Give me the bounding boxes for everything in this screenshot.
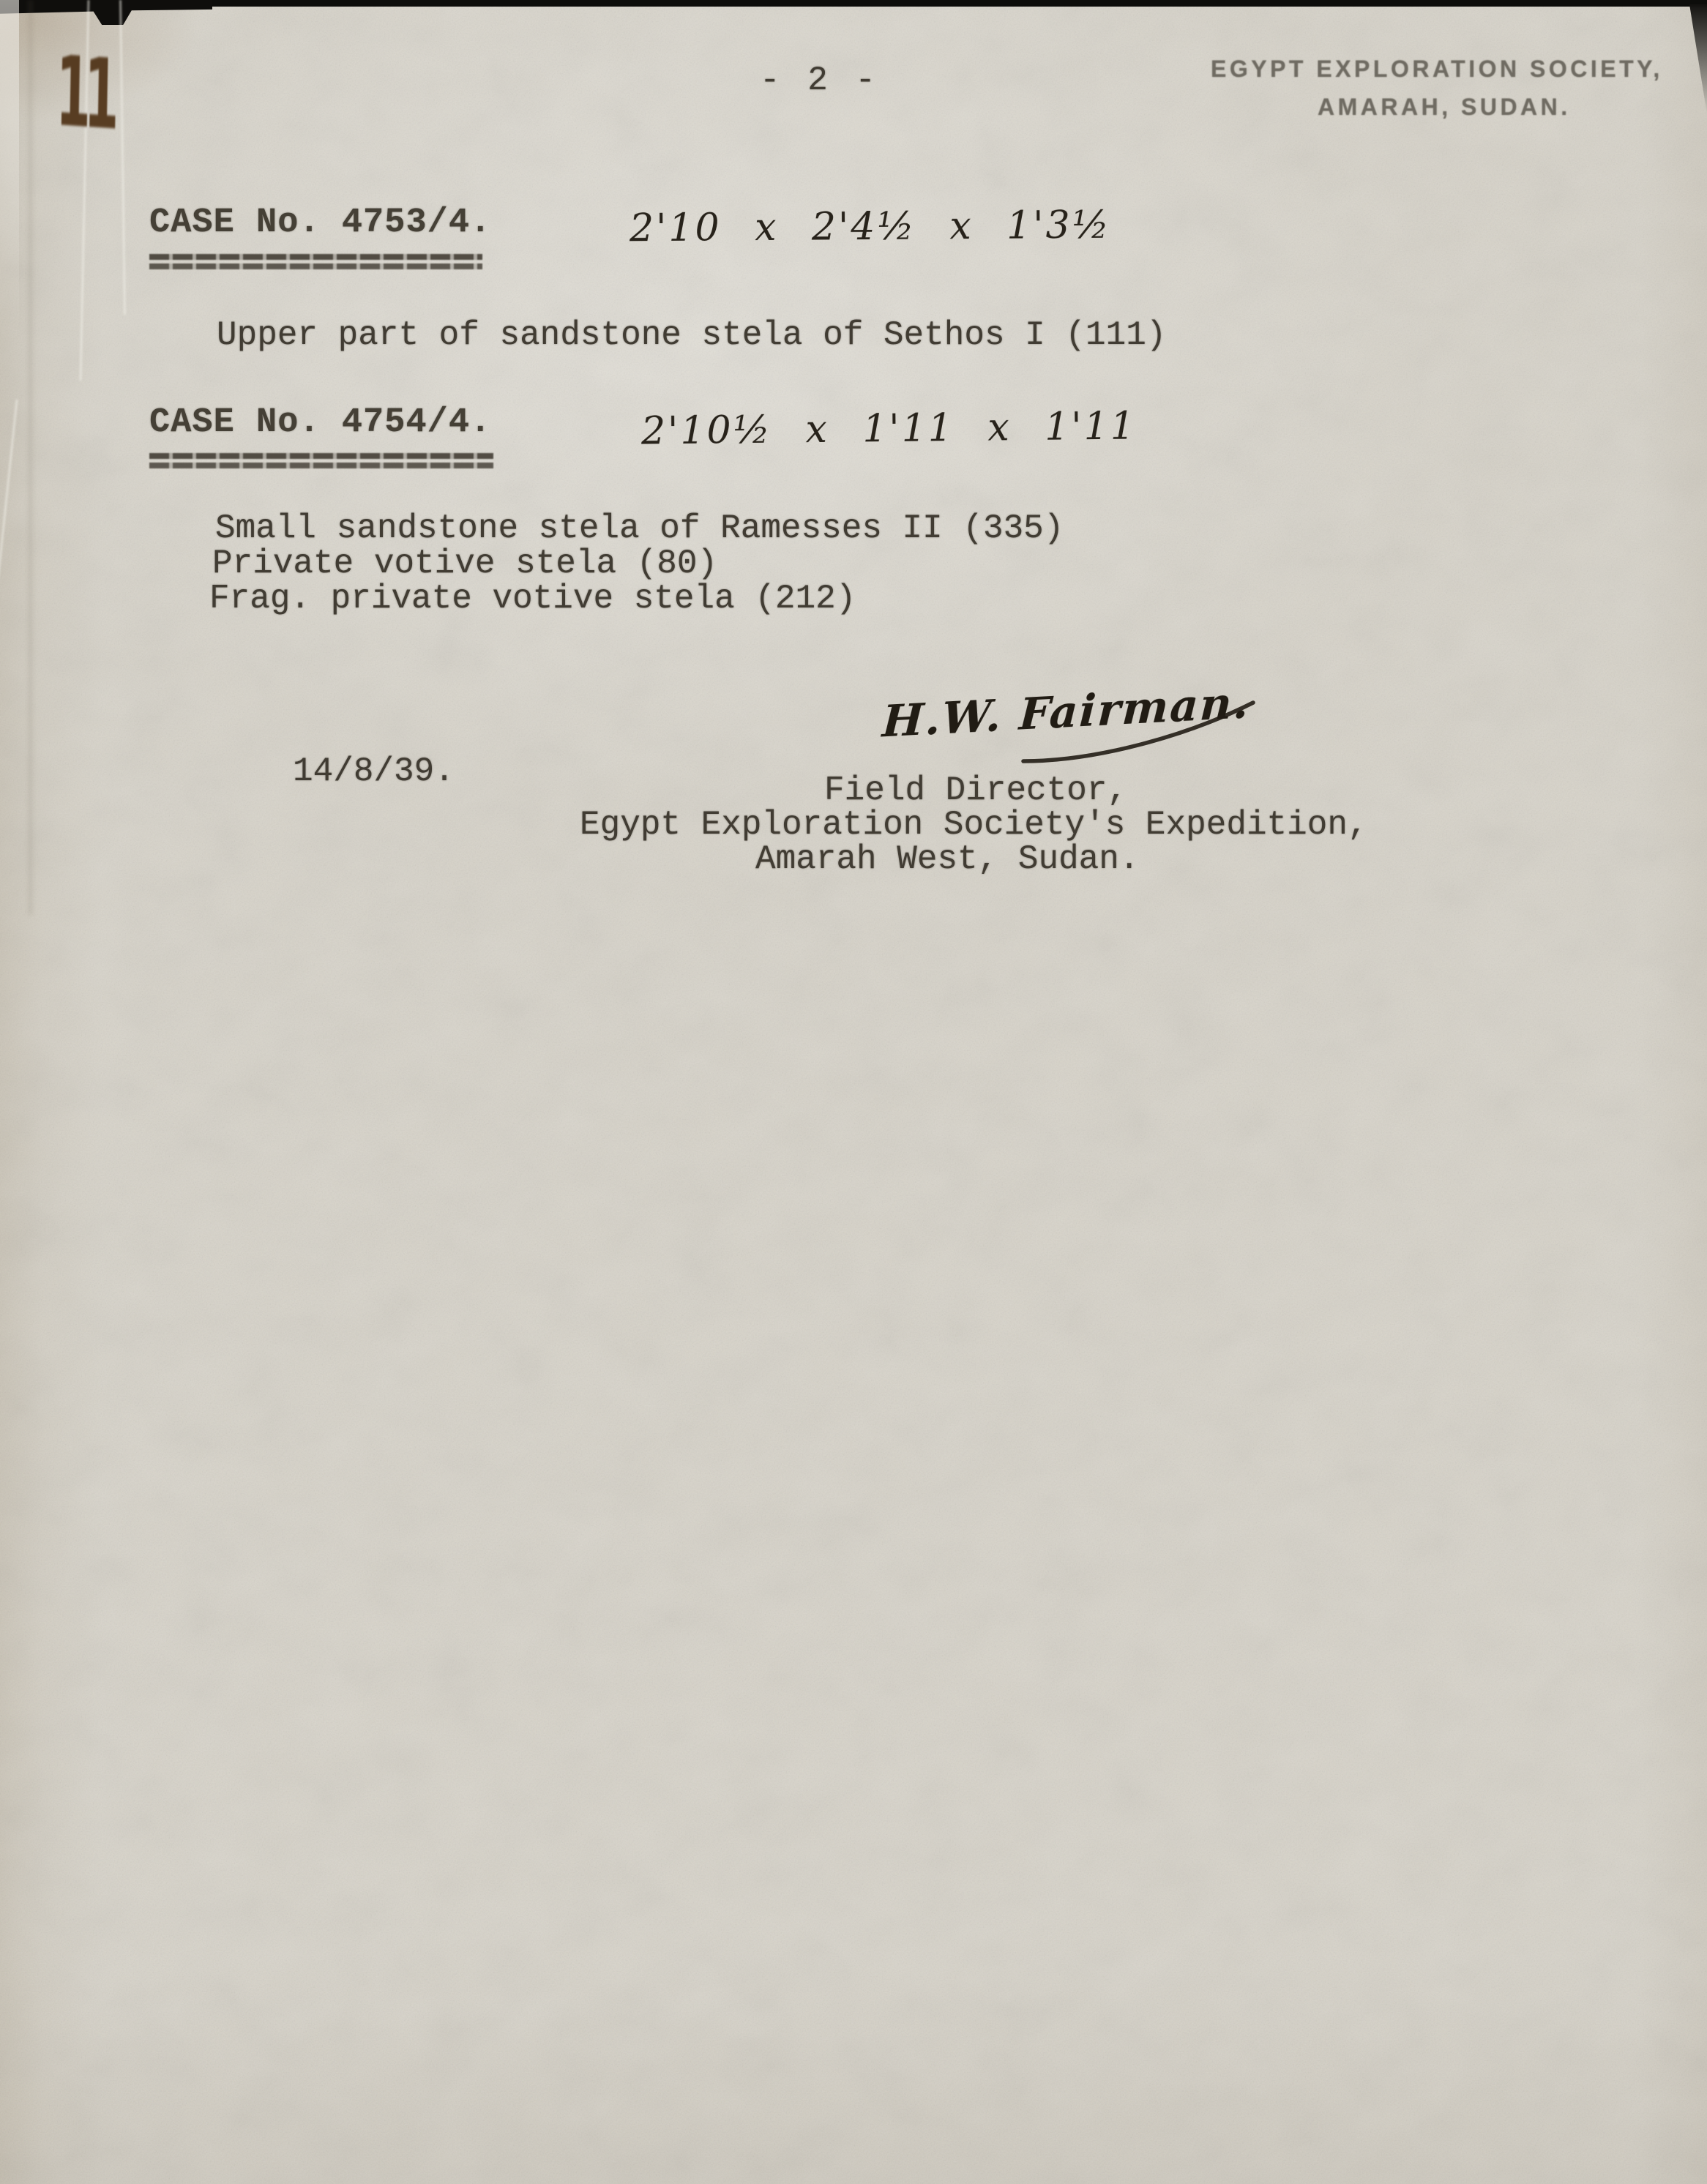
paper-crease <box>119 0 126 315</box>
case-dimensions-handwritten: 2'10½ x 1'11 x 1'11 <box>641 404 1137 453</box>
scanned-letter-page: 11 - 2 - EGYPT EXPLORATION SOCIETY, AMAR… <box>0 0 1707 2184</box>
scan-edge-top-right-sliver <box>1689 4 1707 114</box>
handwritten-annotation: 11 <box>55 35 113 152</box>
closing-location: Amarah West, Sudan. <box>755 840 1140 878</box>
case-item: Frag. private votive stela (212) <box>209 580 856 618</box>
case-number-underline <box>149 253 482 271</box>
case-item: Upper part of sandstone stela of Sethos … <box>217 316 1166 354</box>
paper-crease <box>0 400 18 589</box>
case-number-heading: CASE No. 4754/4. <box>149 403 491 442</box>
case-number-underline <box>149 452 493 470</box>
case-item: Private votive stela (80) <box>212 545 717 583</box>
left-edge-highlight <box>0 0 19 337</box>
closing-organization: Egypt Exploration Society's Expedition, <box>580 806 1368 844</box>
case-dimensions-handwritten: 2'10 x 2'4½ x 1'3½ <box>630 203 1111 251</box>
fold-shadow <box>28 0 33 915</box>
letterhead-location-line: AMARAH, SUDAN. <box>1318 94 1571 121</box>
closing-title: Field Director, <box>824 771 1127 809</box>
page-number: - 2 - <box>760 61 879 100</box>
scan-edge-top <box>0 0 1707 7</box>
signature-handwritten: H.W. Fairman. <box>881 677 1252 748</box>
case-number-heading: CASE No. 4753/4. <box>149 203 491 242</box>
case-item: Small sandstone stela of Ramesses II (33… <box>215 509 1064 547</box>
closing-date: 14/8/39. <box>293 752 455 790</box>
letterhead-society-line: EGYPT EXPLORATION SOCIETY, <box>1211 56 1663 83</box>
